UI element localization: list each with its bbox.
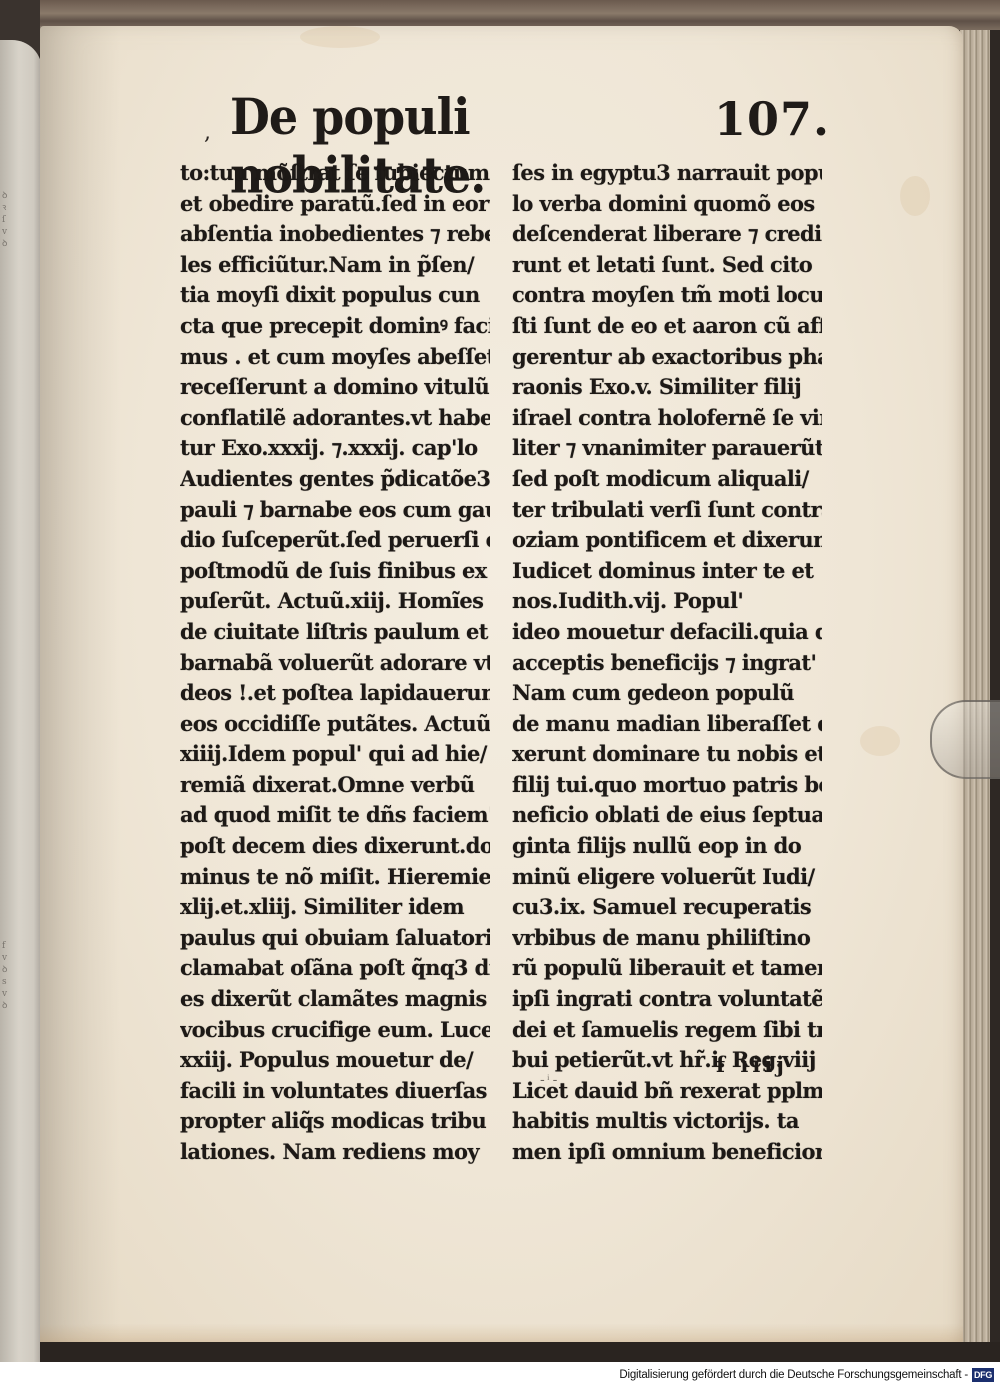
dfg-logo-icon: DFG: [972, 1368, 994, 1382]
text-line: acceptis beneficijs ⁊ ingrat': [512, 648, 822, 679]
text-column-right: ſes in egyptu3 narrauit populo verba dom…: [512, 158, 822, 1168]
text-line: minũ eligere voluerũt Iudi/: [512, 862, 822, 893]
text-line: men ipſi omnium beneficiorũ: [512, 1137, 822, 1168]
text-line: ginta filijs nullũ eop in do: [512, 831, 822, 862]
text-line: nos.Iudith.vij. Popul': [512, 586, 822, 617]
text-line: paulus qui obuiam ſaluatori: [180, 923, 490, 954]
signature-mark: f iiij: [716, 1052, 788, 1077]
text-line: contra moyſen tm̃ moti locuq̃: [512, 280, 822, 311]
text-line: deos !.et poſtea lapidauerunt: [180, 678, 490, 709]
text-line: conflatilẽ adorantes.vt habe: [180, 403, 490, 434]
text-line: de manu madian liberaſſet d: [512, 709, 822, 740]
text-line: rũ populũ liberauit et tamen: [512, 953, 822, 984]
text-line: tur Exo.xxxij. ⁊.xxxij. cap'lo: [180, 433, 490, 464]
text-line: de ciuitate liſtris paulum et: [180, 617, 490, 648]
binding-bottom-edge: [40, 1342, 1000, 1362]
text-line: dei et ſamuelis regem ſibi tri: [512, 1015, 822, 1046]
text-line: propter aliq̃s modicas tribu: [180, 1106, 490, 1137]
text-line: ideo mouetur defacili.quia de: [512, 617, 822, 648]
text-line: abſentia inobedientes ⁊ rebel: [180, 219, 490, 250]
text-line: ſes in egyptu3 narrauit popu: [512, 158, 822, 189]
text-line: ter tribulati verſi ſunt contra: [512, 495, 822, 526]
page-scan: ꝺꝛſvꝺ fvꝺsvꝺ , De populi nobilitate. 107…: [0, 0, 1000, 1362]
text-line: to:tuu mõſtrat ſe ſubiectum: [180, 158, 490, 189]
text-line: tia moyſi dixit populus cun: [180, 280, 490, 311]
text-line: xerunt dominare tu nobis et: [512, 739, 822, 770]
text-line: filij tui.quo mortuo patris be: [512, 770, 822, 801]
text-line: lo verba domini quomõ eos: [512, 189, 822, 220]
text-column-left: to:tuu mõſtrat ſe ſubiectumet obedire pa…: [180, 158, 490, 1168]
text-line: eos occidiſſe putãtes. Actuũ: [180, 709, 490, 740]
text-line: Licet dauid bñ rexerat pplm: [512, 1076, 822, 1107]
text-line: dio ſuſceperũt.ſed peruerſi eos: [180, 525, 490, 556]
text-line: poſtmodũ de ſuis finibus ex: [180, 556, 490, 587]
page-stack-edge: [960, 30, 1000, 1350]
text-line: clamabat oſãna poſt q̃nq3 di: [180, 953, 490, 984]
text-line: xlij.et.xliij. Similiter idem: [180, 892, 490, 923]
text-line: iſrael contra holofernẽ ſe viri: [512, 403, 822, 434]
gutter-shadow: [40, 26, 120, 1348]
digitization-credit-bar: Digitalisierung gefördert durch die Deut…: [0, 1362, 1000, 1388]
text-line: ipſi ingrati contra voluntatẽ: [512, 984, 822, 1015]
text-line: cu3.ix. Samuel recuperatis: [512, 892, 822, 923]
text-line: pauli ⁊ barnabe eos cum gau: [180, 495, 490, 526]
text-line: xxiij. Populus mouetur de/: [180, 1045, 490, 1076]
text-line: remiã dixerat.Omne verbũ: [180, 770, 490, 801]
text-line: et obedire paratũ.ſed in eorum: [180, 189, 490, 220]
text-line: puſerũt. Actuũ.xiij. Homĩes: [180, 586, 490, 617]
facing-page-edge: ꝺꝛſvꝺ fvꝺsvꝺ: [0, 40, 42, 1362]
foxing-stain: [900, 176, 930, 216]
text-line: Iudicet dominus inter te et: [512, 556, 822, 587]
bleed-through-text: fvꝺsvꝺ: [2, 940, 14, 1012]
text-line: xiiij.Idem popul' qui ad hie/: [180, 739, 490, 770]
digitization-credit: Digitalisierung gefördert durch die Deut…: [619, 1369, 968, 1381]
text-line: ſti ſunt de eo et aaron cũ affli: [512, 311, 822, 342]
running-head-mark: ,: [204, 120, 211, 145]
text-line: oziam pontificem et dixerunt: [512, 525, 822, 556]
ink-smudge: - ͥ -: [540, 1072, 557, 1089]
text-line: lationes. Nam rediens moy: [180, 1137, 490, 1168]
foxing-stain: [860, 726, 900, 756]
text-line: cta que precepit dominꝰ facie: [180, 311, 490, 342]
text-line: deſcenderat liberare ⁊ credide: [512, 219, 822, 250]
text-line: Audientes gentes p̃dicatõe3: [180, 464, 490, 495]
foxing-stain: [300, 26, 380, 48]
text-line: mus . et cum moyſes abeſſet: [180, 342, 490, 373]
text-line: vrbibus de manu philiſtino: [512, 923, 822, 954]
text-line: ſed poſt modicum aliquali/: [512, 464, 822, 495]
text-line: runt et letati ſunt. Sed cito: [512, 250, 822, 281]
text-line: neficio oblati de eius ſeptua: [512, 800, 822, 831]
text-line: Nam cum gedeon populũ: [512, 678, 822, 709]
text-line: es dixerũt clamãtes magnis: [180, 984, 490, 1015]
bleed-through-text: ꝺꝛſvꝺ: [2, 190, 14, 250]
text-line: les efficiũtur.Nam in p̃ſen/: [180, 250, 490, 281]
text-line: poſt decem dies dixerunt.do: [180, 831, 490, 862]
text-line: habitis multis victorijs. ta: [512, 1106, 822, 1137]
book-page: [40, 26, 963, 1348]
text-line: ad quod miſit te dñs faciem': [180, 800, 490, 831]
folio-number: 107.: [714, 92, 830, 146]
text-line: raonis Exo.v. Similiter filij: [512, 372, 822, 403]
text-line: receſſerunt a domino vitulũ: [180, 372, 490, 403]
text-line: facili in voluntates diuerſas: [180, 1076, 490, 1107]
text-line: minus te nõ miſit. Hieremie: [180, 862, 490, 893]
page-clip: [930, 700, 1000, 779]
text-line: barnabã voluerũt adorare vt: [180, 648, 490, 679]
text-line: vocibus crucifige eum. Luce: [180, 1015, 490, 1046]
running-head: , De populi nobilitate. 107.: [230, 92, 830, 152]
text-line: gerentur ab exactoribus pha: [512, 342, 822, 373]
text-line: liter ⁊ vnanimiter parauerũt: [512, 433, 822, 464]
